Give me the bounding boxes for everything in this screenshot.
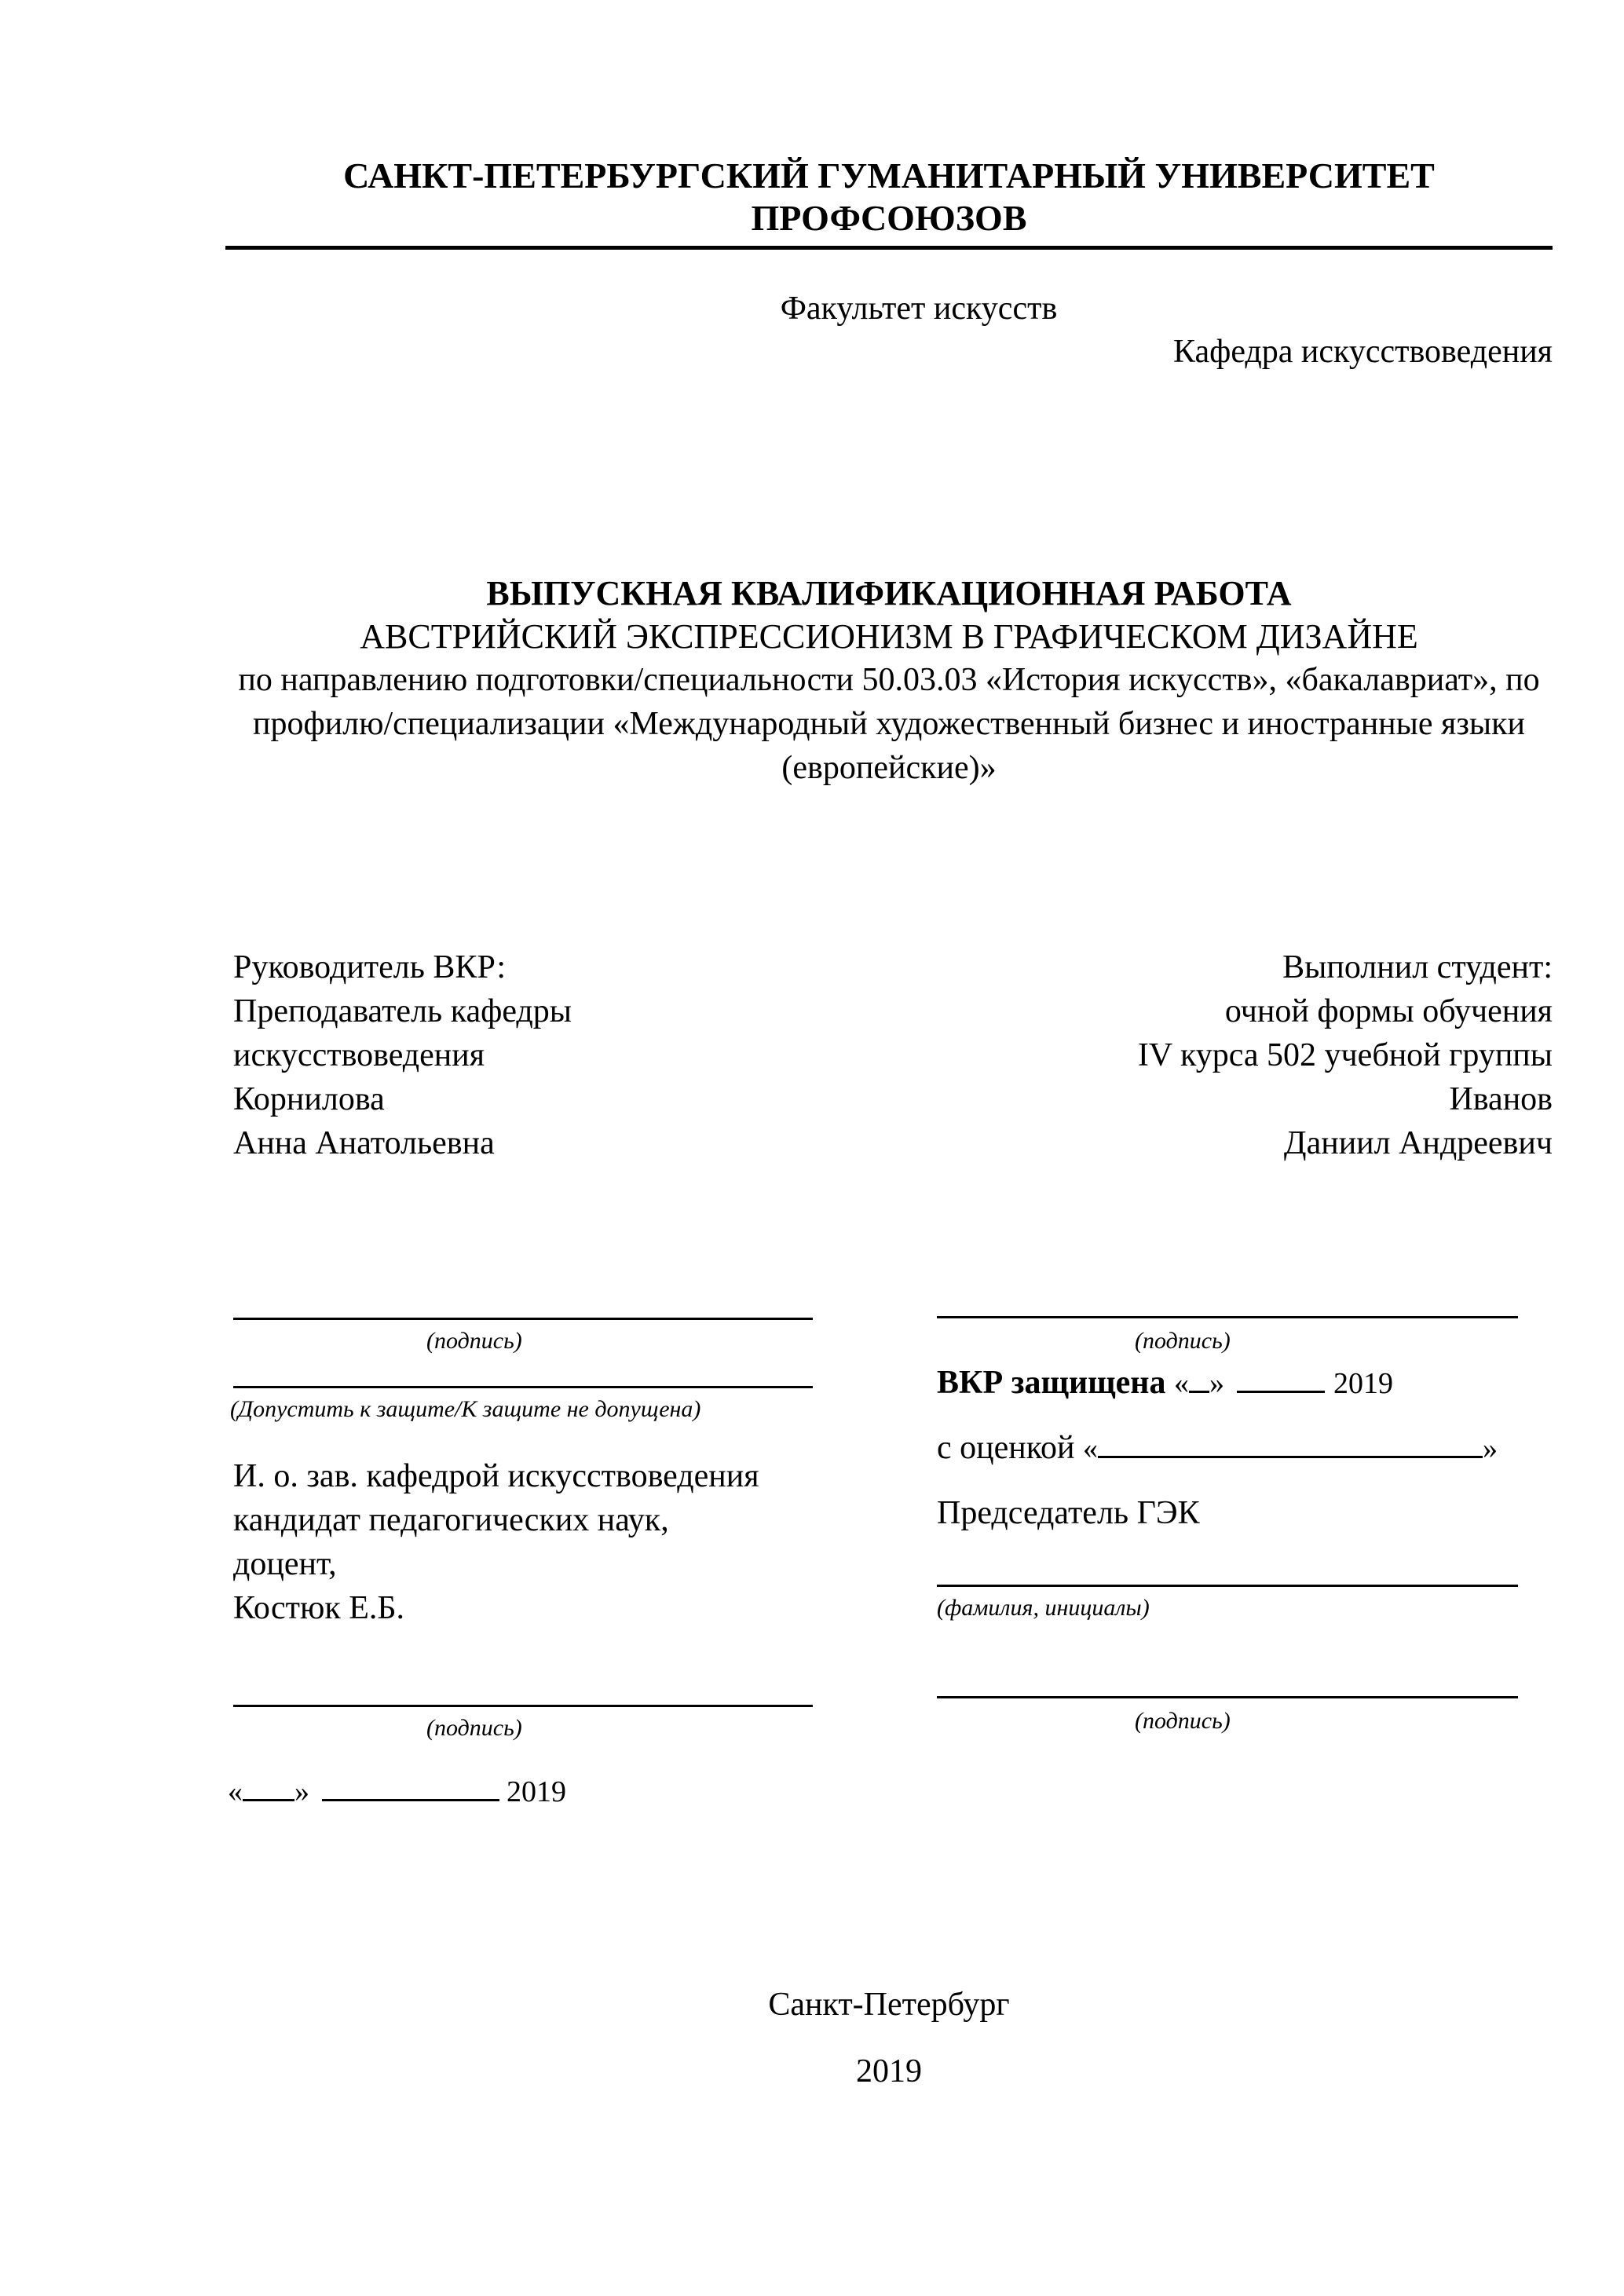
department-head-signature-caption: (подпись) [426,1714,522,1742]
supervisor-position-line1: Преподаватель кафедры [233,989,572,1033]
supervisor-block: Руководитель ВКР: Преподаватель кафедры … [233,945,572,1165]
supervisor-signature-caption: (подпись) [426,1327,522,1355]
department-head-line4: Костюк Е.Б. [233,1586,759,1630]
grade-open-quote: « [1083,1432,1098,1465]
student-signature-line[interactable] [937,1316,1518,1318]
grade-close-quote: » [1483,1432,1498,1465]
supervisor-surname: Корнилова [233,1077,572,1121]
student-group: IV курса 502 учебной группы [1138,1033,1553,1077]
department-head-line3: доцент, [233,1542,759,1586]
supervisor-label: Руководитель ВКР: [233,945,572,989]
date-close-quote: » [294,1775,309,1808]
chair-name-caption: (фамилия, инициалы) [937,1594,1150,1622]
student-surname: Иванов [1138,1077,1553,1121]
supervisor-position-line2: искусствоведения [233,1033,572,1077]
defense-open-quote: « [1174,1367,1189,1400]
department-head-signature-line[interactable] [233,1705,813,1707]
grade-blank[interactable] [1098,1432,1483,1458]
grade-row: с оценкой «» [937,1428,1498,1469]
work-title: АВСТРИЙСКИЙ ЭКСПРЕССИОНИЗМ В ГРАФИЧЕСКОМ… [225,616,1553,658]
defense-close-quote: » [1209,1367,1224,1400]
chair-signature-caption: (подпись) [1135,1707,1231,1735]
defense-day-blank[interactable] [1189,1367,1209,1393]
department-name: Кафедра искусствоведения [1173,331,1553,372]
student-name: Даниил Андреевич [1138,1121,1553,1165]
admission-line[interactable] [233,1386,813,1388]
university-name-line2: ПРОФСОЮЗОВ [225,196,1553,240]
department-head-date: «» 2019 [228,1773,566,1811]
chair-signature-line[interactable] [937,1696,1518,1698]
department-head-line2: кандидат педагогических наук, [233,1498,759,1542]
university-name-line1: САНКТ-ПЕТЕРБУРГСКИЙ ГУМАНИТАРНЫЙ УНИВЕРС… [225,154,1553,198]
year: 2019 [225,2051,1553,2092]
supervisor-signature-line[interactable] [233,1318,813,1320]
date-month-blank[interactable] [322,1775,499,1801]
student-block: Выполнил студент: очной формы обучения I… [1138,945,1553,1165]
work-direction: по направлению подготовки/специальности … [225,658,1553,790]
defense-year: 2019 [1333,1367,1393,1400]
date-year: 2019 [507,1775,566,1808]
faculty-name: Факультет искусств [707,288,1131,329]
defense-date-row: ВКР защищена «» 2019 [937,1362,1393,1404]
defended-label: ВКР защищена [937,1365,1165,1401]
header-divider [225,246,1553,250]
supervisor-name: Анна Анатольевна [233,1121,572,1165]
chair-label: Председатель ГЭК [937,1493,1200,1534]
grade-label: с оценкой [937,1430,1075,1466]
work-type: ВЫПУСКНАЯ КВАЛИФИКАЦИОННАЯ РАБОТА [225,572,1553,616]
student-signature-caption: (подпись) [1135,1327,1231,1355]
city: Санкт-Петербург [225,1984,1553,2025]
department-head-block: И. о. зав. кафедрой искусствоведения кан… [233,1454,759,1630]
student-form: очной формы обучения [1138,989,1553,1033]
department-head-line1: И. о. зав. кафедрой искусствоведения [233,1454,759,1498]
defense-month-blank[interactable] [1237,1367,1325,1393]
date-day-blank[interactable] [243,1775,294,1801]
chair-name-line[interactable] [937,1585,1518,1587]
student-label: Выполнил студент: [1138,945,1553,989]
admission-caption: (Допустить к защите/К защите не допущена… [230,1395,700,1424]
date-open-quote: « [228,1775,243,1808]
